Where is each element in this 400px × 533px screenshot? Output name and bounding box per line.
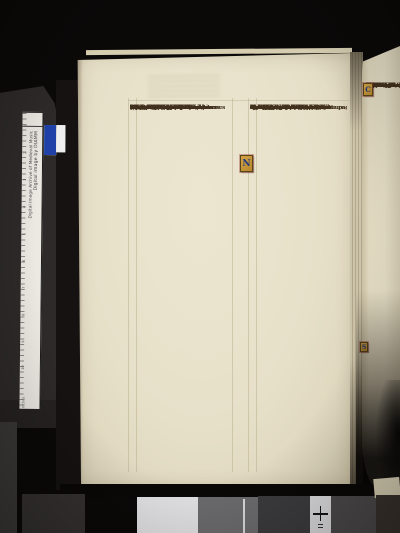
ruler-number: 1 [23,125,27,127]
line-text: ue vie dannone e po la mort [130,104,210,112]
illuminated-initial-letter: N [242,159,250,169]
facing-illuminated-initial-1: C [363,83,373,96]
ruling-line-horizontal [128,100,354,101]
gray-step [56,125,65,152]
cradle-left-edge [0,422,17,533]
ruler-number: 8 [21,314,25,316]
illuminated-initial: N [240,155,253,172]
ruling-line [256,98,257,472]
ruling-line [232,98,233,472]
line-text: t toute leur entencion. [250,104,314,112]
shelf-patch-dark3 [331,496,377,533]
ruler-number: 3 [23,179,27,181]
shelf-patch-divider [243,499,245,533]
ink-showthrough [148,74,220,97]
shelf-patch-white [137,497,198,533]
corner-shadow [376,495,400,533]
registration-cross-icon [320,506,322,521]
ruler-number: 10 [21,365,25,370]
ruler-number: 5 [22,233,26,235]
manuscript-page-verso [76,53,355,489]
color-patch [44,125,56,155]
registration-strip [310,496,331,533]
diamm-credit-line2: Digital Image Archive of Medieval Music [27,131,33,219]
ruler-number: 4 [23,206,27,208]
color-calibration-bar: 12345678910 Digital image by DIAMM Digit… [19,112,65,409]
shelf-patch-dark [22,494,85,533]
manuscript-photograph: 12345678910 Digital image by DIAMM Digit… [0,0,400,533]
ruling-line [136,98,137,472]
ruling-line [128,98,129,472]
calibration-label-strip: 12345678910 Digital image by DIAMM Digit… [19,112,43,409]
diamm-credit-line1: Digital image by DIAMM [34,131,40,191]
facing-initial-letter-1: C [365,85,371,94]
page-stack-edge [86,48,352,55]
ruler-unit-label: Inches [21,396,25,407]
ruler-number: 2 [23,152,27,154]
ruler-number: 6 [22,260,26,262]
shelf-patch-dark2 [258,496,310,533]
ruler-number: 9 [21,341,25,343]
ruler-number: 7 [22,287,26,289]
registration-micro-text [318,524,323,530]
shelf-patch-gray [198,497,258,533]
